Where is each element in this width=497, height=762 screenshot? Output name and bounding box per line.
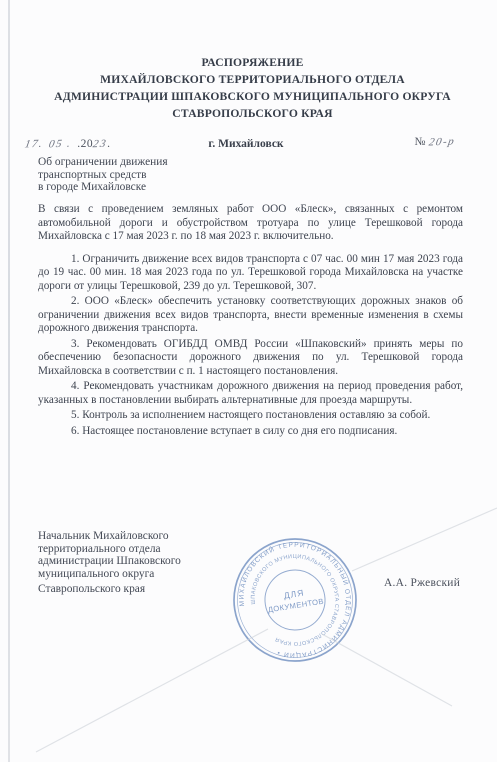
- svg-text:МИХАЙЛОВСКИЙ ТЕРРИТОРИАЛЬНЫЙ О: МИХАЙЛОВСКИЙ ТЕРРИТОРИАЛЬНЫЙ ОТДЕЛ АДМИН…: [230, 533, 361, 666]
- number-sign: №: [414, 136, 425, 148]
- dateline: 17. 05 . .2023. г. Михайловск № 20-р: [25, 136, 467, 154]
- city-label: г. Михайловск: [25, 138, 467, 150]
- official-stamp: МИХАЙЛОВСКИЙ ТЕРРИТОРИАЛЬНЫЙ ОТДЕЛ АДМИН…: [221, 526, 370, 675]
- header-org-line-1: МИХАЙЛОВСКОГО ТЕРРИТОРИАЛЬНОГО ОТДЕЛА: [30, 71, 475, 88]
- document-header: РАСПОРЯЖЕНИЕ МИХАЙЛОВСКОГО ТЕРРИТОРИАЛЬН…: [30, 54, 475, 122]
- subject-line-2: транспортных средств: [38, 169, 168, 182]
- order-item-3: 3. Рекомендовать ОГИБДД ОМВД России «Шпа…: [38, 338, 463, 379]
- crease-line-left-lower: [36, 629, 268, 752]
- intro-paragraph: В связи с проведением земляных работ ООО…: [38, 203, 463, 244]
- order-item-5: 5. Контроль за исполнением настоящего по…: [38, 409, 463, 423]
- header-org-line-3: СТАВРОПОЛЬСКОГО КРАЯ: [30, 105, 475, 122]
- subject-line-1: Об ограничении движения: [38, 156, 168, 169]
- signer-title-line-2: территориального отдела: [38, 543, 181, 556]
- order-item-2: 2. ООО «Блеск» обеспечить установку соот…: [38, 295, 463, 336]
- order-item-6: 6. Настоящее постановление вступает в си…: [38, 425, 463, 439]
- header-org-line-2: АДМИНИСТРАЦИИ ШПАКОВСКОГО МУНИЦИПАЛЬНОГО…: [30, 88, 475, 105]
- document-page: РАСПОРЯЖЕНИЕ МИХАЙЛОВСКОГО ТЕРРИТОРИАЛЬН…: [0, 0, 497, 762]
- stamp-ring-text-outer: МИХАЙЛОВСКИЙ ТЕРРИТОРИАЛЬНЫЙ ОТДЕЛ АДМИН…: [230, 533, 361, 666]
- signer-title-line-4: муниципального округа: [38, 568, 181, 581]
- subject-block: Об ограничении движения транспортных сре…: [38, 156, 168, 194]
- stamp-center-line-2: ДОКУМЕНТОВ: [267, 597, 324, 615]
- document-body: В связи с проведением земляных работ ООО…: [38, 203, 463, 440]
- signer-title-line-1: Начальник Михайловского: [38, 530, 181, 543]
- signer-name: А.А. Ржевский: [384, 577, 460, 589]
- signer-title-line-5: Ставропольского края: [38, 583, 181, 596]
- scan-edge-line: [8, 0, 10, 762]
- doc-number: № 20-р: [414, 136, 455, 148]
- crease-line-right-upper: [352, 508, 497, 571]
- signer-title-line-3: администрации Шпаковского: [38, 555, 181, 568]
- document-title: РАСПОРЯЖЕНИЕ: [30, 54, 475, 71]
- signature-title-block: Начальник Михайловского территориального…: [38, 530, 181, 596]
- stamp-center-line-1: ДЛЯ: [283, 588, 305, 601]
- handwritten-number: 20-р: [428, 136, 456, 149]
- order-item-4: 4. Рекомендовать участникам дорожного дв…: [38, 380, 463, 407]
- order-item-1: 1. Ограничить движение всех видов трансп…: [38, 253, 463, 294]
- subject-line-3: в городе Михайловске: [38, 181, 168, 194]
